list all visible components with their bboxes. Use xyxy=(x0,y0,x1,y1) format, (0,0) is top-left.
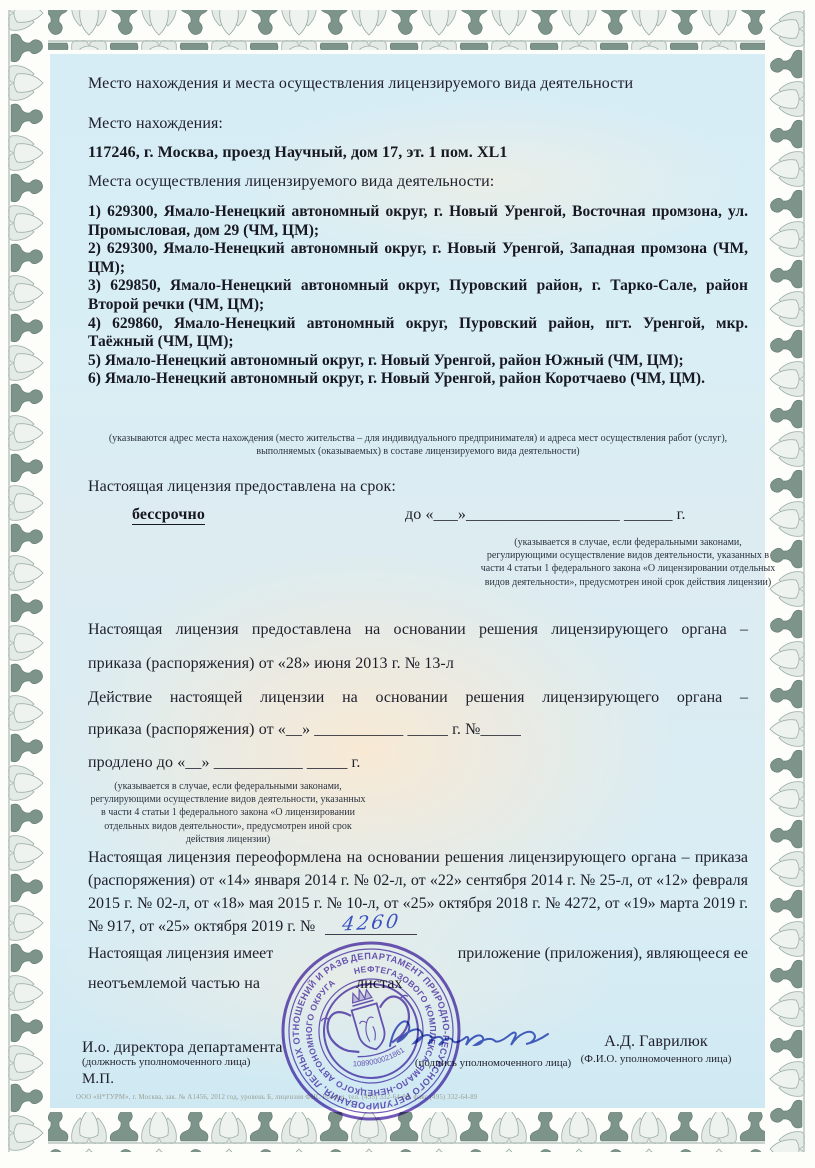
list-item: 1) 629300, Ямало-Ненецкий автономный окр… xyxy=(88,203,748,240)
prolong-footnote: (указывается в случае, если федеральными… xyxy=(88,780,368,846)
addresses-footnote: (указываются адрес места нахождения (мес… xyxy=(88,432,748,458)
list-item: 6) Ямало-Ненецкий автономный округ, г. Н… xyxy=(88,370,748,389)
activity-places-label: Места осуществления лицензируемого вида … xyxy=(88,172,494,191)
seal-place-mark: М.П. xyxy=(82,1070,114,1089)
appendix-l1a: Настоящая лицензия имеет xyxy=(88,944,273,963)
signer-name-caption: (Ф.И.О. уполномоченного лица) xyxy=(536,1053,776,1066)
signer-position-caption: (должность уполномоченного лица) xyxy=(82,1056,250,1069)
activity-places-list: 1) 629300, Ямало-Ненецкий автономный окр… xyxy=(88,203,748,389)
page-title: Место нахождения и места осуществления л… xyxy=(88,74,633,93)
appendix-l1b: приложение (приложения), являющееся ее xyxy=(458,944,748,963)
list-item: 5) Ямало-Ненецкий автономный округ, г. Н… xyxy=(88,352,748,371)
handwritten-signature xyxy=(382,1006,572,1062)
appendix-l2a: неотъемлемой частью на xyxy=(88,975,260,992)
signer-position: И.о. директора департамента xyxy=(82,1038,283,1057)
list-item: 4) 629860, Ямало-Ненецкий автономный окр… xyxy=(88,315,748,352)
license-back-page: { "colors":{ "panel_blue":"#d6edf6","cre… xyxy=(0,0,815,1168)
location-label: Место нахождения: xyxy=(88,114,223,133)
granted-basis-line: Настоящая лицензия предоставлена на осно… xyxy=(88,620,748,639)
term-footnote: (указывается в случае, если федеральными… xyxy=(478,536,778,589)
term-until-blank: до «___»___________________ ______ г. xyxy=(405,505,686,524)
term-intro: Настоящая лицензия предоставлена на срок… xyxy=(88,477,396,496)
prolonged-blank: продлено до «__» ___________ _____ г. xyxy=(88,753,361,772)
signer-name: А.Д. Гаврилюк xyxy=(536,1032,776,1051)
term-value-text: бессрочно xyxy=(132,506,205,525)
location-address: 117246, г. Москва, проезд Научный, дом 1… xyxy=(88,143,507,162)
granted-order-line: приказа (распоряжения) от «28» июня 2013… xyxy=(88,654,454,673)
validity-basis-line: Действие настоящей лицензии на основании… xyxy=(88,688,748,707)
list-item: 2) 629300, Ямало-Ненецкий автономный окр… xyxy=(88,240,748,277)
list-item: 3) 629850, Ямало-Ненецкий автономный окр… xyxy=(88,277,748,314)
validity-order-blank: приказа (распоряжения) от «__» _________… xyxy=(88,720,521,739)
term-value: бессрочно xyxy=(132,505,205,524)
